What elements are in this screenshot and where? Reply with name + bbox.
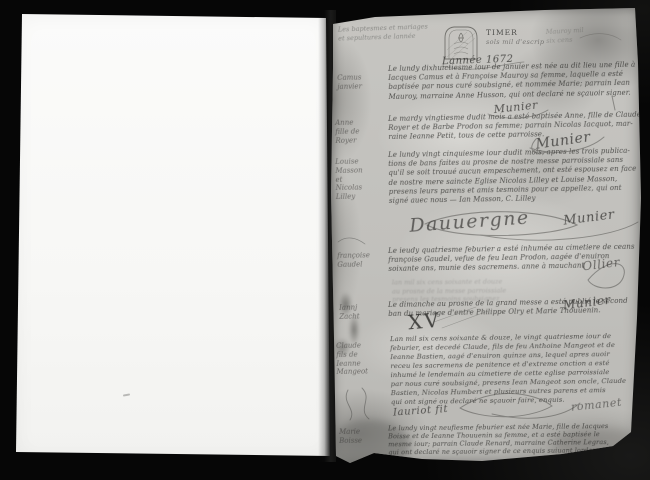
entry-body: Le lundy vingt neufiesme feburier est né… [388, 423, 619, 457]
margin-line: Iannj [339, 303, 359, 312]
margin-line: Nicolas [336, 184, 363, 193]
signature: Ollier [582, 255, 621, 275]
margin-line: Zacht [339, 312, 359, 321]
margin-line: françoise [337, 251, 370, 260]
margin-line: Masson [335, 166, 362, 175]
margin-line: Camus [337, 73, 362, 82]
margin-line: Boisse [339, 436, 362, 445]
signature: Munier [562, 206, 615, 229]
entry-margin-note: Anne fille de Royer [335, 118, 360, 145]
pencil-mark [123, 393, 130, 396]
margin-line: janvier [337, 82, 362, 91]
margin-line: Lilley [336, 192, 363, 201]
blank-left-page [16, 14, 331, 458]
entry-margin-note: Marie Boisse [339, 428, 362, 446]
margin-line: fille de [335, 127, 359, 136]
manuscript-page: Les baptesmes et mariages et sepultures … [330, 8, 642, 466]
header-side-note: Mauroy mil six cens [546, 26, 585, 45]
signature: Iauriot fit [393, 403, 449, 420]
entry-body: Le lundy dixhuictiesme iour de januier e… [388, 61, 636, 102]
margin-line: Anne [335, 118, 359, 127]
entry-margin-note: Camus janvier [337, 73, 362, 91]
section-numeral: XV [407, 307, 442, 336]
header-left-note: Les baptesmes et mariages et sepultures … [338, 22, 428, 42]
entry-body: Le lundy vingt cinquiesme iour dudit moi… [388, 147, 637, 207]
signature-large: Dauuergne [409, 205, 531, 238]
ghost-line: lan mil six cens soixante et douze [392, 278, 506, 288]
margin-line: Mangeot [336, 368, 368, 377]
entry-margin-note: Iannj Zacht [339, 303, 360, 321]
entry-body: Lan mil six cens soixante & douze, le vi… [390, 332, 627, 407]
margin-line: Marie [339, 428, 362, 437]
header-side-line2: six cens [546, 35, 584, 46]
entry-margin-note: Claude fils de Ieanne Mangeot [336, 341, 368, 376]
entry-line: qui ont declaré ne sçauoir signer de ce … [388, 447, 619, 457]
stamp-subline: sols mil d'escrip [486, 38, 544, 47]
stamp-word: TIMER [486, 28, 544, 38]
margin-line: Louise [335, 157, 362, 166]
entry-margin-note: françoise Gaudel [337, 251, 370, 269]
archival-scan: Les baptesmes et mariages et sepultures … [0, 0, 650, 480]
entry-margin-note: Louise Masson et Nicolas Lilley [335, 157, 363, 201]
entry-body: Le mardy vingtiesme dudit mois a esté ba… [388, 111, 641, 143]
stamp-caption: TIMER sols mil d'escrip [486, 28, 544, 46]
margin-line: Royer [335, 136, 359, 145]
margin-line: Gaudel [337, 260, 370, 269]
